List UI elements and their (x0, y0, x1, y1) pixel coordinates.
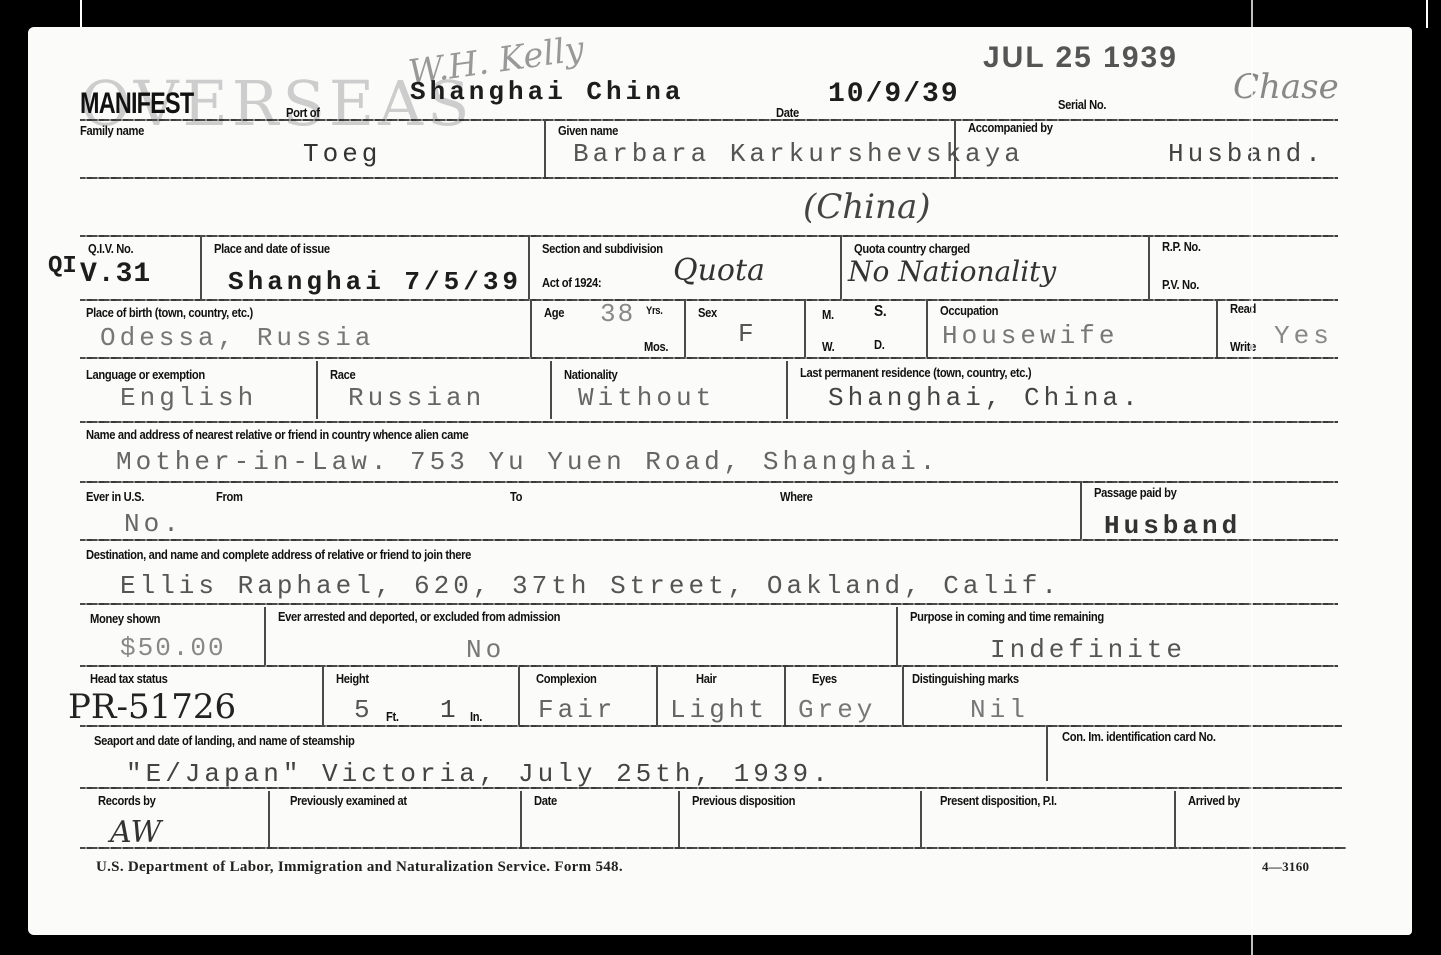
where-label: Where (780, 489, 812, 504)
ever-in-us-label: Ever in U.S. (86, 489, 144, 504)
date-examined-label: Date (534, 793, 557, 808)
sex-label: Sex (698, 305, 717, 320)
qiv-value: V.31 (80, 259, 151, 290)
issue-label: Place and date of issue (214, 241, 330, 256)
destination-label: Destination, and name and complete addre… (86, 547, 471, 562)
quota-annotation: (China) (803, 187, 930, 227)
ever-in-us-value: No. (124, 509, 183, 539)
previously-examined-label: Previously examined at (290, 793, 407, 808)
language-value: English (120, 383, 257, 413)
purpose-value: Indefinite (990, 635, 1186, 665)
money-label: Money shown (90, 611, 160, 626)
accompanied-by-value: Husband. (1168, 139, 1325, 169)
seaport-label: Seaport and date of landing, and name of… (94, 733, 354, 748)
form-title: MANIFEST (80, 87, 193, 121)
records-by-value: AW (110, 815, 161, 850)
scan-artifact-line (1251, 0, 1253, 955)
qiv-prefix: QI (48, 253, 77, 280)
nationality-value: Without (578, 383, 715, 413)
hair-label: Hair (696, 671, 716, 686)
hair-value: Light (670, 695, 768, 725)
qiv-label: Q.I.V. No. (88, 241, 133, 256)
feet-label: Ft. (386, 709, 399, 724)
inches-label: In. (470, 709, 482, 724)
received-date-stamp: JUL 25 1939 (983, 41, 1178, 75)
widowed-label: W. (822, 339, 834, 354)
height-inches-value: 1 (440, 695, 460, 725)
occupation-value: Housewife (942, 321, 1118, 351)
relative-value: Mother-in-Law. 753 Yu Yuen Road, Shangha… (116, 447, 939, 477)
scan-artifact-line (1426, 0, 1428, 28)
scan-artifact-line (80, 0, 82, 28)
immigration-manifest-card: OVERSEAS W.H. Kelly JUL 25 1939 Chase MA… (28, 27, 1412, 935)
yrs-label: Yrs. (646, 305, 663, 317)
language-label: Language or exemption (86, 367, 205, 382)
birth-label: Place of birth (town, country, etc.) (86, 305, 253, 320)
family-name-label: Family name (80, 123, 144, 138)
quota-value: No Nationality (848, 255, 1056, 288)
residence-value: Shanghai, China. (828, 383, 1142, 413)
head-tax-value: PR-51726 (68, 687, 236, 727)
head-tax-label: Head tax status (90, 671, 167, 686)
pv-no-label: P.V. No. (1162, 277, 1199, 292)
family-name-value: Toeg (303, 139, 381, 169)
from-label: From (216, 489, 243, 504)
arrested-label: Ever arrested and deported, or excluded … (278, 609, 560, 624)
quota-label: Quota country charged (854, 241, 970, 256)
sex-value: F (738, 319, 758, 349)
money-value: $50.00 (120, 633, 226, 663)
port-value: Shanghai China (410, 77, 684, 107)
race-value: Russian (348, 383, 485, 413)
section-prefix: Act of 1924: (542, 275, 601, 290)
destination-value: Ellis Raphael, 620, 37th Street, Oakland… (120, 571, 1061, 601)
read-write-value: Yes (1274, 321, 1333, 351)
date-label: Date (776, 105, 799, 120)
complexion-value: Fair (538, 695, 616, 725)
eyes-label: Eyes (812, 671, 837, 686)
birth-value: Odessa, Russia (100, 323, 374, 353)
given-name-label: Given name (558, 123, 618, 138)
residence-label: Last permanent residence (town, country,… (800, 365, 1031, 380)
id-card-label: Con. Im. identification card No. (1062, 729, 1216, 744)
rp-no-label: R.P. No. (1162, 239, 1201, 254)
accompanied-by-label: Accompanied by (968, 120, 1053, 135)
records-by-label: Records by (98, 793, 155, 808)
present-disposition-label: Present disposition, P.I. (940, 793, 1057, 808)
section-value: Quota (673, 253, 765, 288)
race-label: Race (330, 367, 355, 382)
margin-handwriting: Chase (1233, 67, 1339, 107)
date-value: 10/9/39 (828, 79, 960, 110)
passage-label: Passage paid by (1094, 485, 1176, 500)
serial-label: Serial No. (1058, 97, 1106, 112)
to-label: To (510, 489, 522, 504)
married-label: M. (822, 307, 834, 322)
given-name-value: Barbara Karkurshevskaya (573, 139, 1024, 169)
port-label: Port of (286, 105, 320, 120)
purpose-label: Purpose in coming and time remaining (910, 609, 1104, 624)
single-label: S. (874, 303, 886, 321)
nationality-label: Nationality (564, 367, 617, 382)
previous-disposition-label: Previous disposition (692, 793, 795, 808)
complexion-label: Complexion (536, 671, 597, 686)
age-label: Age (544, 305, 564, 320)
form-code: 4—3160 (1262, 859, 1309, 875)
section-label: Section and subdivision (542, 241, 663, 256)
height-feet-value: 5 (354, 695, 374, 725)
occupation-label: Occupation (940, 303, 998, 318)
divorced-label: D. (874, 337, 884, 352)
marks-value: Nil (970, 695, 1029, 725)
arrested-value: No (466, 635, 505, 665)
mos-label: Mos. (644, 339, 668, 354)
eyes-value: Grey (798, 695, 876, 725)
passage-value: Husband (1104, 511, 1241, 541)
seaport-value: "E/Japan" Victoria, July 25th, 1939. (126, 759, 832, 789)
arrived-by-label: Arrived by (1188, 793, 1240, 808)
marks-label: Distinguishing marks (912, 671, 1019, 686)
age-value: 38 (600, 299, 635, 329)
form-footer: U.S. Department of Labor, Immigration an… (96, 859, 623, 876)
issue-value: Shanghai 7/5/39 (228, 267, 522, 297)
height-label: Height (336, 671, 369, 686)
relative-label: Name and address of nearest relative or … (86, 427, 468, 442)
